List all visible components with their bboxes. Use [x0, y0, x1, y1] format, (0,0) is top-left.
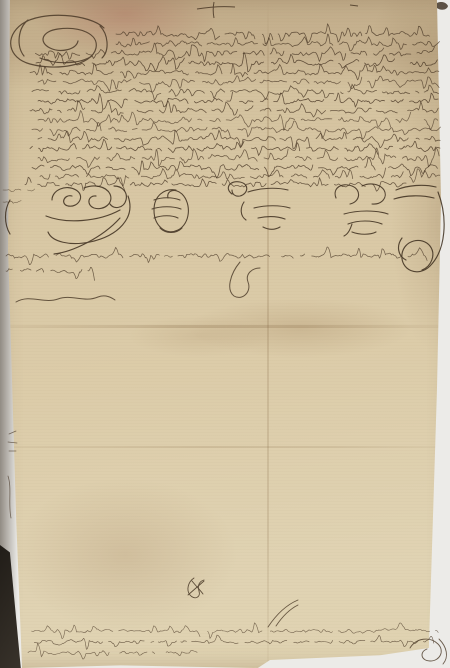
handwritten-line [6, 247, 427, 265]
handwritten-line [40, 168, 440, 186]
chancery-rubrics [16, 262, 260, 302]
handwritten-line [38, 130, 440, 149]
signature-2-autograph [152, 190, 188, 233]
handwritten-line [32, 121, 440, 139]
handwritten-line [34, 635, 434, 649]
ink-layer [0, 0, 450, 668]
chancery-note [6, 247, 427, 280]
handwritten-line [35, 43, 434, 62]
signature-3-autograph [228, 182, 290, 230]
handwritten-line [38, 76, 439, 92]
margin-annotation [3, 189, 40, 203]
handwritten-line [3, 201, 31, 204]
handwritten-line [28, 644, 197, 660]
handwritten-line [116, 24, 437, 44]
edge-marks [8, 431, 17, 518]
handwritten-line [32, 84, 438, 100]
handwritten-line [32, 623, 439, 639]
validation-cipher-mark [188, 578, 204, 598]
signature-4-autograph [335, 184, 388, 236]
invocation-cross-icon [197, 2, 358, 18]
bottom-note [28, 623, 438, 659]
opening-initial-flourish [11, 15, 107, 67]
handwritten-line [3, 189, 40, 192]
handwritten-line [38, 92, 438, 109]
manuscript-scan [0, 0, 450, 668]
signature-1-autograph [6, 186, 130, 254]
top-right-ink-blot [437, 2, 448, 10]
handwritten-line [6, 267, 95, 280]
handwritten-line [30, 64, 439, 80]
handwritten-line [38, 111, 438, 131]
handwritten-line [30, 101, 438, 117]
main-text-block [25, 24, 440, 191]
handwritten-line [116, 34, 439, 51]
handwritten-line [25, 177, 406, 191]
signature-5-autograph [394, 185, 444, 271]
